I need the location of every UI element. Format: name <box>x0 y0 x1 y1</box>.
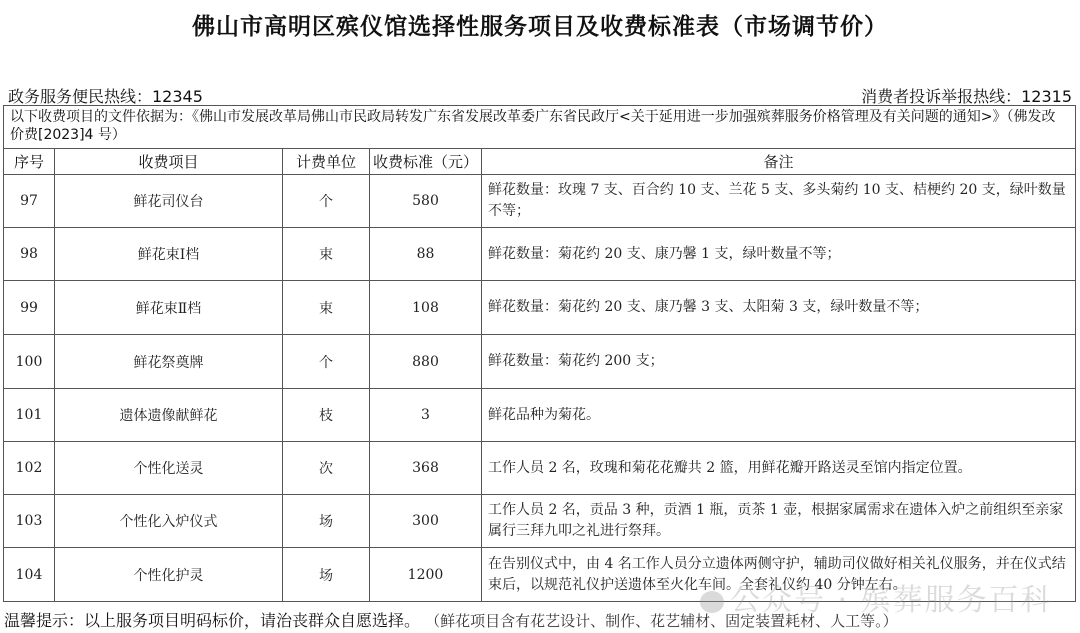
complaint-hotline: 消费者投诉举报热线：12315 <box>861 84 1072 107</box>
fee-table: 以下收费项目的文件依据为：《佛山市发展改革局佛山市民政局转发广东省发展改革委广东… <box>3 105 1076 602</box>
header-no: 序号 <box>4 149 55 175</box>
table-row: 99 鲜花束Ⅱ档 束 108 鲜花数量：菊花约 20 支、康乃馨 3 支、太阳菊… <box>4 281 1076 335</box>
cell-unit: 次 <box>283 442 370 495</box>
header-price: 收费标准（元） <box>370 149 482 175</box>
cell-unit: 束 <box>283 281 370 335</box>
table-row: 103 个性化入炉仪式 场 300 工作人员 2 名，贡品 3 种，贡酒 1 瓶… <box>4 495 1076 548</box>
cell-unit: 束 <box>283 228 370 281</box>
cell-unit: 场 <box>283 495 370 548</box>
cell-no: 104 <box>4 548 55 602</box>
cell-price: 580 <box>370 175 482 228</box>
table-row: 102 个性化送灵 次 368 工作人员 2 名，玫瑰和菊花花瓣共 2 篮，用鲜… <box>4 442 1076 495</box>
cell-item: 鲜花束Ⅱ档 <box>55 281 283 335</box>
table-row: 101 遗体遗像献鲜花 枝 3 鲜花品种为菊花。 <box>4 389 1076 442</box>
cell-item: 遗体遗像献鲜花 <box>55 389 283 442</box>
cell-unit: 个 <box>283 175 370 228</box>
wechat-icon <box>700 591 724 613</box>
cell-price: 300 <box>370 495 482 548</box>
cell-note: 鲜花品种为菊花。 <box>482 389 1076 442</box>
cell-no: 102 <box>4 442 55 495</box>
cell-note: 鲜花数量：菊花约 200 支； <box>482 335 1076 389</box>
cell-note: 工作人员 2 名，玫瑰和菊花花瓣共 2 篮，用鲜花瓣开路送灵至馆内指定位置。 <box>482 442 1076 495</box>
cell-item: 鲜花司仪台 <box>55 175 283 228</box>
watermark: 公众号 · 殡葬服务百科 <box>700 575 1053 619</box>
table-row: 97 鲜花司仪台 个 580 鲜花数量：玫瑰 7 支、百合约 10 支、兰花 5… <box>4 175 1076 228</box>
cell-item: 个性化送灵 <box>55 442 283 495</box>
cell-unit: 场 <box>283 548 370 602</box>
page-title: 佛山市高明区殡仪馆选择性服务项目及收费标准表（市场调节价） <box>0 8 1080 41</box>
cell-item: 鲜花祭奠牌 <box>55 335 283 389</box>
tip-text: 温馨提示：以上服务项目明码标价，请治丧群众自愿选择。 <box>4 611 420 630</box>
cell-item: 鲜花束Ⅰ档 <box>55 228 283 281</box>
table-row: 100 鲜花祭奠牌 个 880 鲜花数量：菊花约 200 支； <box>4 335 1076 389</box>
cell-note: 鲜花数量：玫瑰 7 支、百合约 10 支、兰花 5 支、多头菊约 10 支、桔梗… <box>482 175 1076 228</box>
table-header: 序号 收费项目 计费单位 收费标准（元） 备注 <box>4 149 1076 175</box>
cell-note: 工作人员 2 名，贡品 3 种，贡酒 1 瓶，贡茶 1 壶，根据家属需求在遗体入… <box>482 495 1076 548</box>
document-basis: 以下收费项目的文件依据为：《佛山市发展改革局佛山市民政局转发广东省发展改革委广东… <box>4 106 1076 149</box>
cell-no: 101 <box>4 389 55 442</box>
cell-note: 鲜花数量：菊花约 20 支、康乃馨 1 支，绿叶数量不等； <box>482 228 1076 281</box>
government-hotline: 政务服务便民热线：12345 <box>8 84 203 107</box>
cell-no: 97 <box>4 175 55 228</box>
cell-price: 88 <box>370 228 482 281</box>
cell-no: 98 <box>4 228 55 281</box>
header-unit: 计费单位 <box>283 149 370 175</box>
basis-row: 以下收费项目的文件依据为：《佛山市发展改革局佛山市民政局转发广东省发展改革委广东… <box>4 106 1076 149</box>
header-note: 备注 <box>482 149 1076 175</box>
cell-price: 880 <box>370 335 482 389</box>
cell-price: 108 <box>370 281 482 335</box>
watermark-text: 公众号 · 殡葬服务百科 <box>730 583 1053 618</box>
cell-note: 鲜花数量：菊花约 20 支、康乃馨 3 支、太阳菊 3 支，绿叶数量不等； <box>482 281 1076 335</box>
cell-no: 100 <box>4 335 55 389</box>
cell-item: 个性化护灵 <box>55 548 283 602</box>
cell-unit: 个 <box>283 335 370 389</box>
cell-price: 368 <box>370 442 482 495</box>
table-row: 98 鲜花束Ⅰ档 束 88 鲜花数量：菊花约 20 支、康乃馨 1 支，绿叶数量… <box>4 228 1076 281</box>
cell-unit: 枝 <box>283 389 370 442</box>
header-item: 收费项目 <box>55 149 283 175</box>
cell-item: 个性化入炉仪式 <box>55 495 283 548</box>
cell-no: 103 <box>4 495 55 548</box>
cell-price: 1200 <box>370 548 482 602</box>
cell-no: 99 <box>4 281 55 335</box>
cell-price: 3 <box>370 389 482 442</box>
